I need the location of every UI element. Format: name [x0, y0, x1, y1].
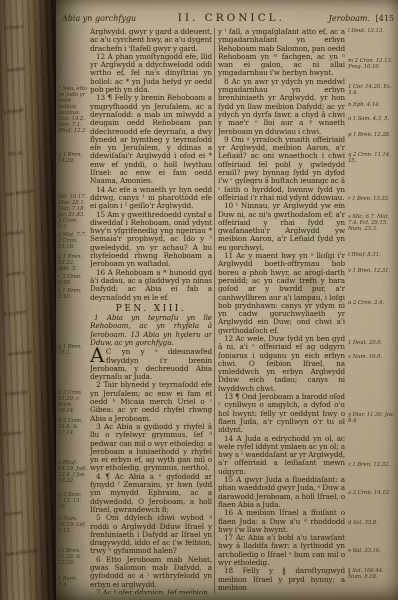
verse-4: 4 ¶ Ac Abia a ᵉ gyfododd ar fynydd ᶠ Zem… — [90, 473, 212, 514]
verse-11-continuation: Arglwydd, gwyr y gard a ddeuent, ac a'u … — [90, 28, 212, 53]
margin-note: x Num. 10.9. — [348, 354, 396, 360]
verse-7: 7 Ac ᵏ ofer ddynion, ſef meibion — [90, 589, 212, 594]
verse-13: 13 ¶ Ond Jeroboam a barodd oſod ʸ cynllw… — [218, 393, 345, 434]
facing-page-line: PEN. XII. — [8, 148, 42, 158]
column-divider-rule — [214, 28, 215, 594]
margin-note: * Neu, etto yn Juda yr oedd pethau daion… — [58, 86, 88, 134]
margin-note: 1 Cor. 14.20. Es. 3.4. — [348, 84, 396, 96]
verse-7-continuation: y ˡ fall, a ymgaſglaſant atto ef, ac a y… — [218, 28, 345, 78]
facing-page-line: wedi i Rehoboam — [5, 188, 39, 198]
facing-page-line: yn erbyn yr — [6, 268, 40, 278]
verse-15: 15 Am y gweithredoedd cyntaf a diweddaf … — [90, 211, 212, 269]
margin-note: m 2 Cron. 12.13. Preg. 10.16. — [348, 58, 396, 70]
drop-cap: A — [90, 348, 104, 363]
facing-page-line: Yna Semeia — [3, 508, 37, 518]
verse-17: 17 Ac Abia a'i bobl a'u tarawſant hwy â … — [218, 534, 345, 567]
verse-12: 12 A phan ymoſtyngodd efe, llid yr Arglw… — [90, 53, 212, 94]
margin-note: q 2 Cron. 11.14, 15. — [348, 152, 396, 164]
margin-note: a 1 Bren. 14.29. — [58, 152, 88, 164]
margin-note: a 1 Bren. 12.22. Adn. 3. — [58, 254, 88, 272]
margin-note: v Mat. 7.7. 2 Cron. 11.16. — [58, 232, 88, 250]
chapter-summary: 1 Abia yn teyrnaſu yn lle Rehoboam, ac y… — [90, 314, 212, 347]
verse-15: 15 A gwyr Juda a floeddiaſant: a phan wa… — [218, 476, 345, 509]
page-body: * Neu, etto yn Juda yr oedd pethau daion… — [56, 28, 398, 594]
verse-13: 13 ¶ Felly y brenin Rehoboam a ymgryfhao… — [90, 94, 212, 185]
margin-note: d 2 Cron. 14.8. & 17.14. — [58, 418, 88, 436]
facing-page-line: yr Aiphd i fyny — [4, 388, 38, 398]
margin-note: v 1 Bren. 12.31. — [348, 268, 396, 274]
verse-11: 11 Ac y maent hwy yn ᵘ lloſgi i'r Arglwy… — [218, 252, 345, 335]
verse-6: 6 Etto Jeroboam mab Nebat, gwas Salomon … — [90, 556, 212, 589]
margin-note: o 1 Sam. 4.3, 5. — [348, 116, 396, 122]
margin-note: g 2 Sam. 7.12, 13, 16. — [58, 492, 88, 510]
margin-notes-right: l Deut. 13.13.m 2 Cron. 12.13. Preg. 10.… — [348, 28, 396, 594]
margin-note: b 2 Cron. 11.20. c Barn. 19.14. — [58, 390, 88, 414]
text-column-right: y ˡ fall, a ymgaſglaſant atto ef, ac a y… — [218, 28, 345, 594]
verse-16: 16 A meibion Iſrael a ffoiſant o flaen J… — [218, 509, 345, 534]
margin-note: 1 Deut. 20.9. — [348, 340, 396, 346]
facing-page-line: daeth at Rehoboam — [5, 548, 39, 558]
margin-note: n Eph. 4.14. — [348, 102, 396, 108]
facing-page-line: ef o'r Aiphd — [6, 468, 40, 478]
margin-note: l Deut. 13.13. — [348, 28, 396, 34]
page-number: [415 — [376, 14, 394, 23]
margin-notes-left: * Neu, etto yn Juda yr oedd pethau daion… — [58, 28, 88, 594]
facing-page-text: a'r brenin aRehoboamyr ArglwyddPEN. XII.… — [0, 0, 60, 600]
running-header-left: Abia yn gorchfygu — [62, 14, 136, 23]
margin-note: e Rhuf. 14.18. Jud. 12.4. f Jos. 18.22. — [58, 460, 88, 484]
margin-note: e Sal. 33.16. — [348, 548, 396, 554]
verse-9: 9 Oni ᵍ yrraſoch ymaith offeiriaid yr Ar… — [218, 136, 345, 202]
margin-note: u 2 Cron. 2.4. — [348, 300, 396, 306]
margin-note: p 1 Bren. 12.28. — [348, 132, 396, 138]
margin-note: y Diar. 11.30. Jos. 8.4. — [348, 412, 396, 424]
verse-3: 3 Ac Abia a gydiodd y rhyfel â llu o ryf… — [90, 423, 212, 473]
running-header: Abia yn gorchfygu II. CRONICL. Jeroboam.… — [62, 12, 394, 27]
margin-note: ‖ Sal. 106.44. Num. 8.18. — [348, 568, 396, 580]
book-gutter: a'r brenin aRehoboamyr ArglwyddPEN. XII.… — [0, 0, 60, 600]
margin-note: d Sal. 33.8. — [348, 520, 396, 526]
facing-page-line: Ac yn y brenin — [3, 308, 37, 318]
facing-page-line: yr Arglwydd — [3, 106, 37, 116]
margin-note: i 1 Bren. 11.26. & 12.26. — [58, 548, 88, 566]
running-header-right: Jeroboam. [415 — [329, 14, 394, 23]
verse-5: 5 Oni ddylech chwi wybod ᵍ roddi o Arglw… — [90, 514, 212, 555]
facing-page-line: a wrthododd — [2, 228, 36, 238]
verse-8: 8 Ac yn awr yr ydych yn meddwl ymgadarnh… — [218, 78, 345, 136]
text-column-left: Arglwydd, gwyr y gard a ddeuent, ac a'u … — [90, 28, 212, 594]
margin-note: k Barn. 9.4. — [58, 576, 88, 588]
margin-note: s Mic. 6.7. Mat. 7.4. Ecl. 29.15. Num. 2… — [348, 214, 396, 232]
verse-16: 16 A Rehoboam a * hunodd gyd â'i dadau, … — [90, 269, 212, 302]
chapter-heading: PEN. XIII. — [90, 305, 212, 313]
margin-note: a 1 Bren. 15.1. — [58, 344, 88, 356]
running-header-right-word: Jeroboam. — [329, 14, 370, 23]
facing-page-line: min Rehoboam — [7, 348, 41, 358]
verse-14: 14 A Juda a edrychodd yn ol, ac wele ryf… — [218, 435, 345, 476]
margin-note: t Rhuf. 8.31. — [348, 252, 396, 258]
book-photo: a'r brenin aRehoboamyr ArglwyddPEN. XII.… — [0, 0, 398, 600]
margin-note: a 2 Cron. 14.12. — [348, 490, 396, 496]
bible-page: Abia yn gorchfygu II. CRONICL. Jeroboam.… — [56, 0, 398, 600]
verse-10: 10 ᵗ Ninnau, yr Arglwydd yw ein Duw ni, … — [218, 202, 345, 252]
margin-note: r 2 Cron. 9.29. — [58, 274, 88, 286]
margin-note: z 1 Bren. 12.32. — [348, 462, 396, 468]
verse-18: 18 Felly y ‖ daroſtyngwyd meibion Iſrael… — [218, 567, 345, 592]
verse-12: 12 Ac wele, Duw ſydd yn ben gyd â ni, a'… — [218, 335, 345, 393]
book-title: II. CRONICL. — [178, 12, 285, 24]
facing-page-line: a'r brenin a — [4, 22, 38, 32]
facing-page-line: Rehoboam — [7, 64, 41, 74]
margin-note: r 1 Bren. 13.33. — [348, 196, 396, 202]
verse-2: 2 Tair blynedd y teyrnaſodd efe yn Jeruſ… — [90, 381, 212, 422]
margin-note: s 1 Bren. 2.10. — [58, 288, 88, 300]
verse-14: 14 Ac efe a wnaeth yr hyn oedd ddrwg, ca… — [90, 186, 212, 211]
margin-note: Sal. 10.17. Diar. 28.1. Mat. 7.18. Jer. … — [58, 194, 88, 230]
facing-page-line: A'r tarianau — [2, 428, 36, 438]
margin-note: h Num. 18.19. Lef. 2.13. — [58, 516, 88, 534]
verse-1: AC yn y ᵃ ddeunawfed flwyddyn i'r brenin… — [90, 348, 212, 381]
